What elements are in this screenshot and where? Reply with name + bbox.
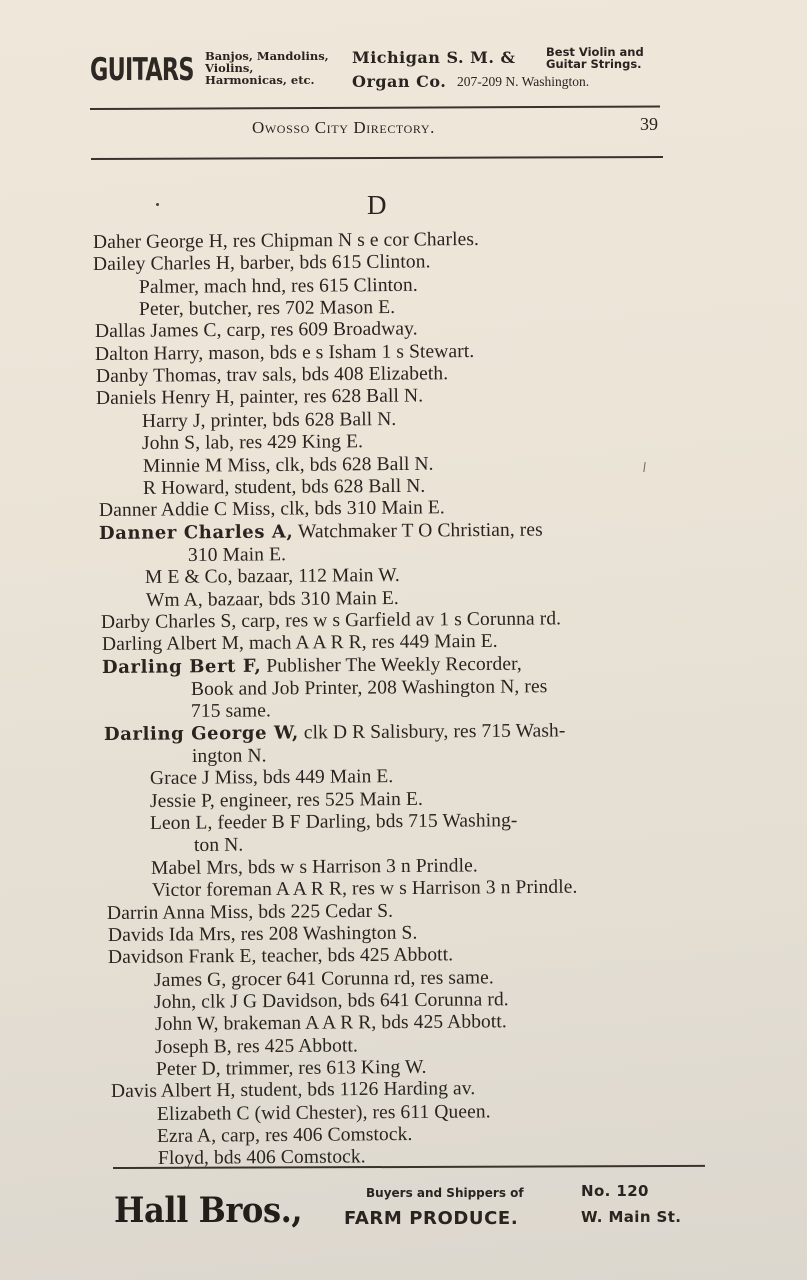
directory-sub-entry: James G, grocer 641 Corunna rd, res same…: [154, 967, 494, 992]
directory-sub-entry: Wm A, bazaar, bds 310 Main E.: [146, 588, 399, 612]
ad-company-line: Michigan S. M. &: [352, 46, 515, 70]
directory-sub-entry: John W, brakeman A A R R, bds 425 Abbott…: [155, 1011, 507, 1036]
entry-text: 715 same.: [191, 701, 271, 723]
directory-entry: Daher George H, res Chipman N s e cor Ch…: [93, 229, 479, 254]
page-number: 39: [640, 114, 658, 135]
entry-text: Book and Job Printer, 208 Washington N, …: [191, 676, 548, 700]
entry-text: John, clk J G Davidson, bds 641 Corunna …: [154, 989, 509, 1013]
entry-text: Daniels Henry H, painter, res 628 Ball N…: [96, 386, 423, 410]
header-advertisement: GUITARS Banjos, Mandolins, Violins, Harm…: [90, 44, 670, 96]
ad-strings-line: Guitar Strings.: [546, 58, 644, 70]
entry-text: M E & Co, bazaar, 112 Main W.: [145, 565, 400, 588]
ad-address: 207-209 N. Washington.: [457, 74, 589, 90]
directory-entry: Danner Charles A, Watchmaker T O Christi…: [99, 519, 543, 544]
directory-page: GUITARS Banjos, Mandolins, Violins, Harm…: [0, 0, 807, 1280]
ad-firm-product: FARM PRODUCE.: [344, 1208, 518, 1229]
entry-text: Dallas James C, carp, res 609 Broadway.: [95, 319, 418, 343]
running-head-title: Owosso City Directory.: [252, 118, 435, 138]
directory-sub-entry: Peter, butcher, res 702 Mason E.: [139, 297, 395, 321]
directory-sub-entry: Victor foreman A A R R, res w s Harrison…: [152, 877, 578, 902]
ad-firm-tagline: Buyers and Shippers of: [366, 1186, 524, 1200]
directory-entry: Darrin Anna Miss, bds 225 Cedar S.: [107, 900, 393, 924]
entry-text: Daher George H, res Chipman N s e cor Ch…: [93, 229, 479, 253]
header-rule-bottom: [91, 156, 663, 159]
directory-sub-entry: Jessie P, engineer, res 525 Main E.: [150, 789, 423, 813]
directory-sub-entry: Leon L, feeder B F Darling, bds 715 Wash…: [150, 810, 518, 835]
directory-sub-entry: Palmer, mach hnd, res 615 Clinton.: [139, 274, 418, 298]
ad-firm-address-street: W. Main St.: [581, 1208, 681, 1226]
directory-sub-entry: John, clk J G Davidson, bds 641 Corunna …: [154, 989, 509, 1014]
print-speck: [156, 203, 159, 206]
directory-entry-continuation: 310 Main E.: [188, 544, 286, 567]
entry-text: ton N.: [194, 835, 244, 856]
directory-sub-entry: R Howard, student, bds 628 Ball N.: [143, 476, 426, 500]
entry-text: Darling Albert M, mach A A R R, res 449 …: [102, 631, 498, 655]
entry-text: Victor foreman A A R R, res w s Harrison…: [152, 877, 578, 901]
entry-text: ington N.: [192, 745, 267, 767]
section-letter-heading: D: [367, 190, 387, 221]
directory-entry-continuation: 715 same.: [191, 701, 271, 724]
directory-entry: Dallas James C, carp, res 609 Broadway.: [95, 319, 418, 344]
ad-strings-tagline: Best Violin and Guitar Strings.: [546, 46, 644, 70]
footer-advertisement: Hall Bros., Buyers and Shippers of FARM …: [114, 1182, 714, 1242]
directory-entry: Daniels Henry H, painter, res 628 Ball N…: [96, 386, 423, 411]
directory-entry: Dailey Charles H, barber, bds 615 Clinto…: [93, 252, 431, 277]
directory-entry: Danner Addie C Miss, clk, bds 310 Main E…: [99, 497, 445, 522]
entry-text: Davidson Frank E, teacher, bds 425 Abbot…: [108, 944, 453, 968]
directory-sub-entry: Harry J, printer, bds 628 Ball N.: [142, 409, 397, 433]
entry-text: Ezra A, carp, res 406 Comstock.: [157, 1124, 413, 1147]
entry-bold-name: Darling Bert F,: [102, 655, 262, 677]
directory-sub-entry: Peter D, trimmer, res 613 King W.: [156, 1057, 427, 1081]
ad-brand-guitars: GUITARS: [90, 52, 194, 88]
entry-bold-name: Danner Charles A,: [99, 521, 294, 544]
entry-bold-name: Darling George W,: [103, 722, 298, 745]
entry-text: Palmer, mach hnd, res 615 Clinton.: [139, 274, 418, 297]
entry-text: James G, grocer 641 Corunna rd, res same…: [154, 967, 494, 991]
paper-mark: [643, 462, 645, 472]
entry-text: Peter, butcher, res 702 Mason E.: [139, 297, 395, 320]
entry-text: Peter D, trimmer, res 613 King W.: [156, 1057, 427, 1080]
directory-entry: Dalton Harry, mason, bds e s Isham 1 s S…: [95, 341, 474, 366]
entry-text: Publisher The Weekly Recorder,: [261, 653, 522, 676]
entry-text: 310 Main E.: [188, 544, 286, 566]
entry-text: Mabel Mrs, bds w s Harrison 3 n Prindle.: [151, 855, 478, 879]
directory-entry: Davids Ida Mrs, res 208 Washington S.: [108, 922, 418, 946]
entry-text: Darrin Anna Miss, bds 225 Cedar S.: [107, 900, 393, 923]
entry-text: Darby Charles S, carp, res w s Garfield …: [101, 608, 561, 633]
header-rule-top: [90, 106, 660, 110]
entry-text: Davids Ida Mrs, res 208 Washington S.: [108, 922, 418, 945]
ad-instruments-line: Harmonicas, etc.: [205, 74, 329, 86]
directory-sub-entry: Elizabeth C (wid Chester), res 611 Queen…: [157, 1101, 491, 1126]
entry-text: Grace J Miss, bds 449 Main E.: [149, 766, 393, 789]
entry-text: Watchmaker T O Christian, res: [293, 519, 543, 542]
directory-entry: Darling Albert M, mach A A R R, res 449 …: [102, 631, 498, 656]
entry-text: John S, lab, res 429 King E.: [142, 431, 363, 454]
entry-text: Dailey Charles H, barber, bds 615 Clinto…: [93, 252, 431, 276]
ad-firm-name: Hall Bros.,: [114, 1190, 302, 1231]
directory-sub-entry: Mabel Mrs, bds w s Harrison 3 n Prindle.: [151, 855, 478, 880]
entry-text: Joseph B, res 425 Abbott.: [155, 1035, 358, 1058]
entry-text: Minnie M Miss, clk, bds 628 Ball N.: [143, 453, 434, 476]
entry-text: Davis Albert H, student, bds 1126 Hardin…: [111, 1078, 475, 1102]
directory-entry-continuation: ington N.: [192, 745, 267, 768]
directory-entry: Davidson Frank E, teacher, bds 425 Abbot…: [108, 944, 453, 969]
entry-text: Jessie P, engineer, res 525 Main E.: [150, 789, 423, 812]
entry-text: John W, brakeman A A R R, bds 425 Abbott…: [155, 1011, 507, 1035]
directory-entry: Danby Thomas, trav sals, bds 408 Elizabe…: [96, 363, 448, 388]
entry-text: Dalton Harry, mason, bds e s Isham 1 s S…: [95, 341, 474, 365]
directory-entry-continuation: Book and Job Printer, 208 Washington N, …: [191, 676, 548, 701]
ad-instruments-list: Banjos, Mandolins, Violins, Harmonicas, …: [205, 50, 329, 86]
directory-entry: Darling George W, clk D R Salisbury, res…: [103, 720, 565, 746]
entry-text: Danby Thomas, trav sals, bds 408 Elizabe…: [96, 363, 448, 387]
entry-text: Leon L, feeder B F Darling, bds 715 Wash…: [150, 810, 518, 834]
entry-text: R Howard, student, bds 628 Ball N.: [143, 476, 425, 499]
directory-sub-entry: Ezra A, carp, res 406 Comstock.: [157, 1124, 413, 1148]
ad-firm-address-number: No. 120: [581, 1182, 649, 1200]
directory-sub-entry: Minnie M Miss, clk, bds 628 Ball N.: [143, 453, 434, 477]
entry-text: Wm A, bazaar, bds 310 Main E.: [146, 588, 399, 611]
directory-entry: Davis Albert H, student, bds 1126 Hardin…: [111, 1078, 475, 1103]
entry-text: Elizabeth C (wid Chester), res 611 Queen…: [157, 1101, 491, 1125]
directory-sub-entry: John S, lab, res 429 King E.: [142, 431, 363, 455]
directory-sub-entry: M E & Co, bazaar, 112 Main W.: [145, 565, 400, 589]
directory-sub-entry: Joseph B, res 425 Abbott.: [155, 1035, 358, 1059]
entry-text: Danner Addie C Miss, clk, bds 310 Main E…: [99, 497, 445, 521]
directory-sub-entry: Grace J Miss, bds 449 Main E.: [149, 766, 393, 790]
directory-entry-continuation: ton N.: [194, 835, 244, 857]
directory-entry: Darling Bert F, Publisher The Weekly Rec…: [102, 653, 522, 678]
entry-text: clk D R Salisbury, res 715 Wash-: [298, 720, 565, 743]
entry-text: Harry J, printer, bds 628 Ball N.: [142, 409, 397, 432]
